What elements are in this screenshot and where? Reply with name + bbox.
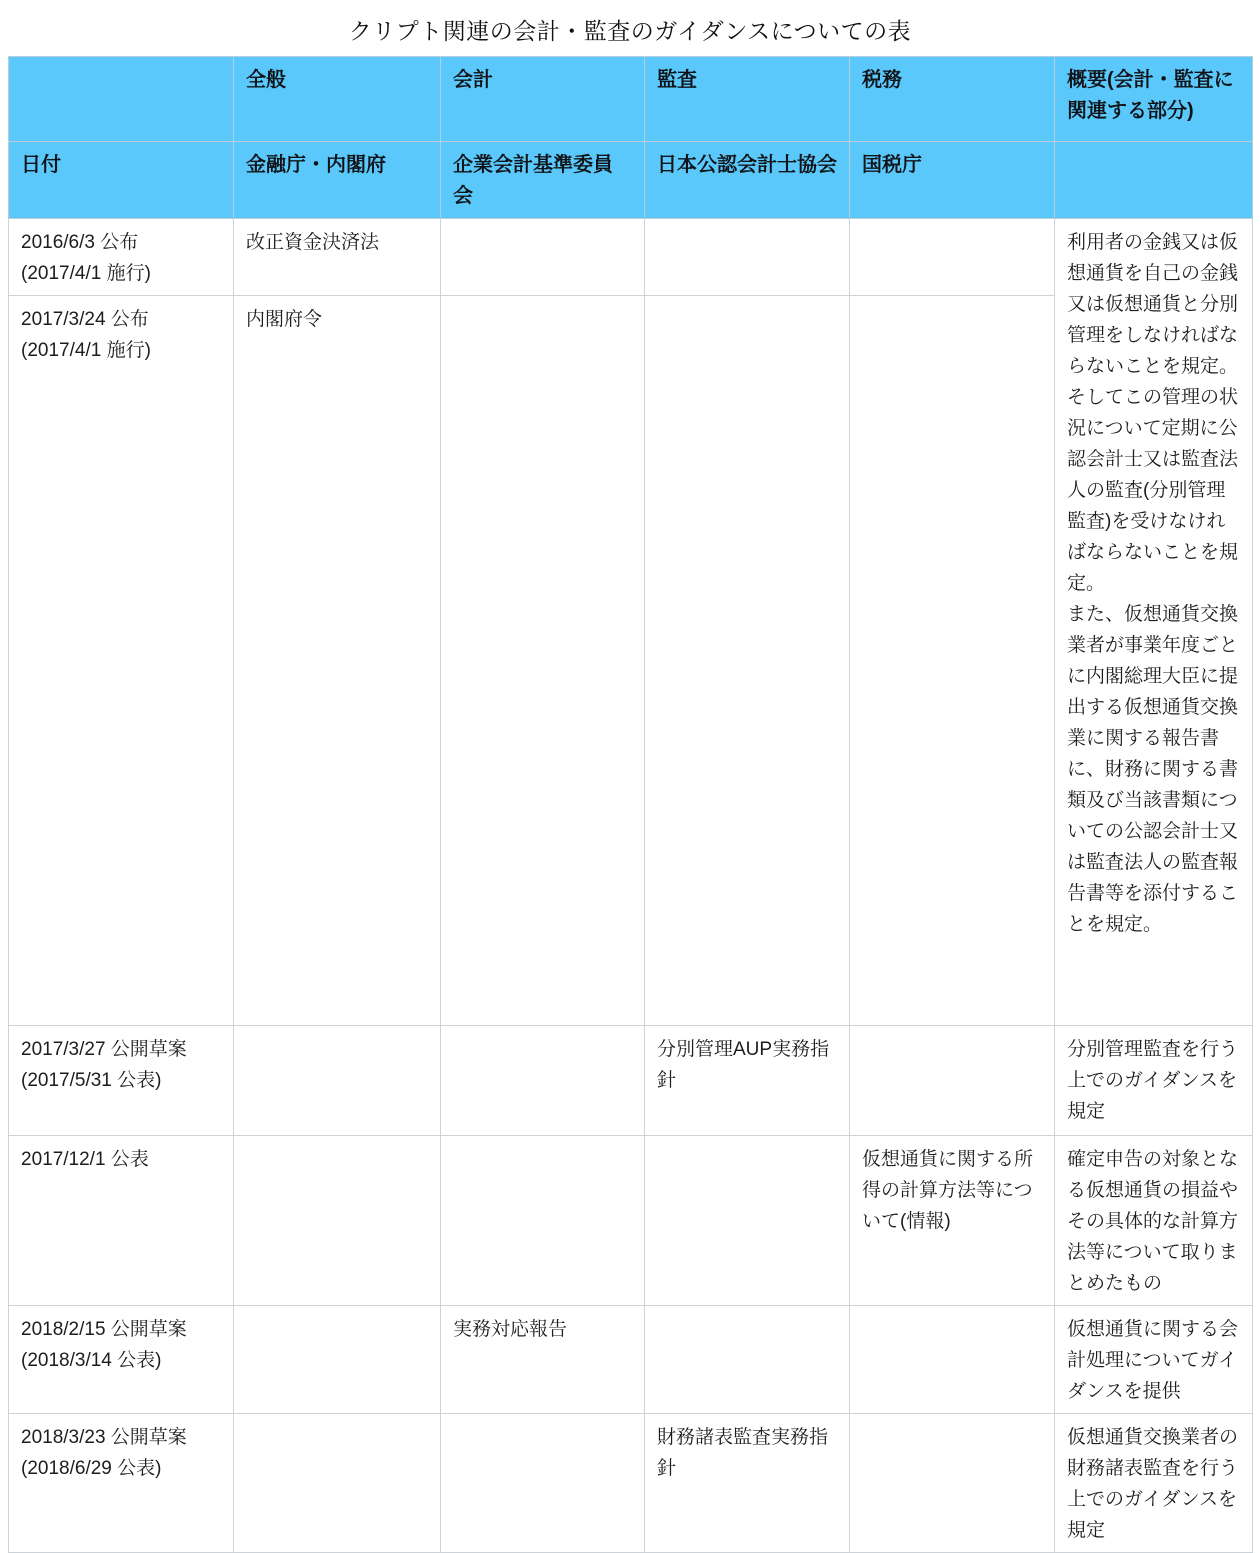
- header-summary: 概要(会計・監査に関連する部分): [1055, 57, 1253, 142]
- cell-accounting: 実務対応報告: [441, 1306, 645, 1414]
- cell-summary: 分別管理監査を行う上でのガイダンスを規定: [1055, 1026, 1253, 1136]
- cell-audit: [645, 1306, 850, 1414]
- cell-audit: [645, 1136, 850, 1306]
- cell-date: 2016/6/3 公布 (2017/4/1 施行): [9, 219, 234, 296]
- cell-tax: [850, 1026, 1055, 1136]
- table-row: 2018/2/15 公開草案 (2018/3/14 公表) 実務対応報告 仮想通…: [9, 1306, 1253, 1414]
- table-row: 2016/6/3 公布 (2017/4/1 施行) 改正資金決済法 利用者の金銭…: [9, 219, 1253, 296]
- header-org-fsa: 金融庁・内閣府: [234, 142, 441, 219]
- guidance-table: 全般 会計 監査 税務 概要(会計・監査に関連する部分) 日付 金融庁・内閣府 …: [8, 56, 1253, 1553]
- cell-audit: 分別管理AUP実務指針: [645, 1026, 850, 1136]
- cell-date: 2017/12/1 公表: [9, 1136, 234, 1306]
- cell-date: 2018/3/23 公開草案 (2018/6/29 公表): [9, 1414, 234, 1553]
- cell-audit: 財務諸表監査実務指針: [645, 1414, 850, 1553]
- cell-general: [234, 1026, 441, 1136]
- cell-tax: [850, 1414, 1055, 1553]
- cell-summary: 確定申告の対象となる仮想通貨の損益やその具体的な計算方法等について取りまとめたも…: [1055, 1136, 1253, 1306]
- cell-accounting: [441, 1136, 645, 1306]
- cell-general: [234, 1136, 441, 1306]
- table-row: 2018/3/23 公開草案 (2018/6/29 公表) 財務諸表監査実務指針…: [9, 1414, 1253, 1553]
- header-audit: 監査: [645, 57, 850, 142]
- header-org-nta: 国税庁: [850, 142, 1055, 219]
- cell-audit: [645, 296, 850, 1026]
- cell-summary: 仮想通貨交換業者の財務諸表監査を行う上でのガイダンスを規定: [1055, 1414, 1253, 1553]
- header-org-jicpa: 日本公認会計士協会: [645, 142, 850, 219]
- header-org-blank: [1055, 142, 1253, 219]
- cell-date: 2018/2/15 公開草案 (2018/3/14 公表): [9, 1306, 234, 1414]
- document-page: クリプト関連の会計・監査のガイダンスについての表 全般 会計 監査 税務 概要(…: [0, 0, 1260, 1553]
- cell-summary: 仮想通貨に関する会計処理についてガイダンスを提供: [1055, 1306, 1253, 1414]
- header-row-categories: 全般 会計 監査 税務 概要(会計・監査に関連する部分): [9, 57, 1253, 142]
- cell-accounting: [441, 1026, 645, 1136]
- header-tax: 税務: [850, 57, 1055, 142]
- page-title: クリプト関連の会計・監査のガイダンスについての表: [0, 0, 1260, 56]
- table-row: 2017/3/27 公開草案 (2017/5/31 公表) 分別管理AUP実務指…: [9, 1026, 1253, 1136]
- cell-date: 2017/3/27 公開草案 (2017/5/31 公表): [9, 1026, 234, 1136]
- header-accounting: 会計: [441, 57, 645, 142]
- header-date: 日付: [9, 142, 234, 219]
- cell-general: 内閣府令: [234, 296, 441, 1026]
- cell-accounting: [441, 219, 645, 296]
- cell-accounting: [441, 1414, 645, 1553]
- cell-accounting: [441, 296, 645, 1026]
- cell-audit: [645, 219, 850, 296]
- cell-tax: 仮想通貨に関する所得の計算方法等について(情報): [850, 1136, 1055, 1306]
- cell-date: 2017/3/24 公布 (2017/4/1 施行): [9, 296, 234, 1026]
- cell-summary-merged: 利用者の金銭又は仮想通貨を自己の金銭又は仮想通貨と分別管理をしなければならないこ…: [1055, 219, 1253, 1026]
- cell-general: 改正資金決済法: [234, 219, 441, 296]
- header-blank: [9, 57, 234, 142]
- header-org-asbj: 企業会計基準委員会: [441, 142, 645, 219]
- cell-tax: [850, 1306, 1055, 1414]
- header-row-organizations: 日付 金融庁・内閣府 企業会計基準委員会 日本公認会計士協会 国税庁: [9, 142, 1253, 219]
- cell-tax: [850, 219, 1055, 296]
- table-row: 2017/12/1 公表 仮想通貨に関する所得の計算方法等について(情報) 確定…: [9, 1136, 1253, 1306]
- cell-general: [234, 1414, 441, 1553]
- header-general: 全般: [234, 57, 441, 142]
- cell-tax: [850, 296, 1055, 1026]
- cell-general: [234, 1306, 441, 1414]
